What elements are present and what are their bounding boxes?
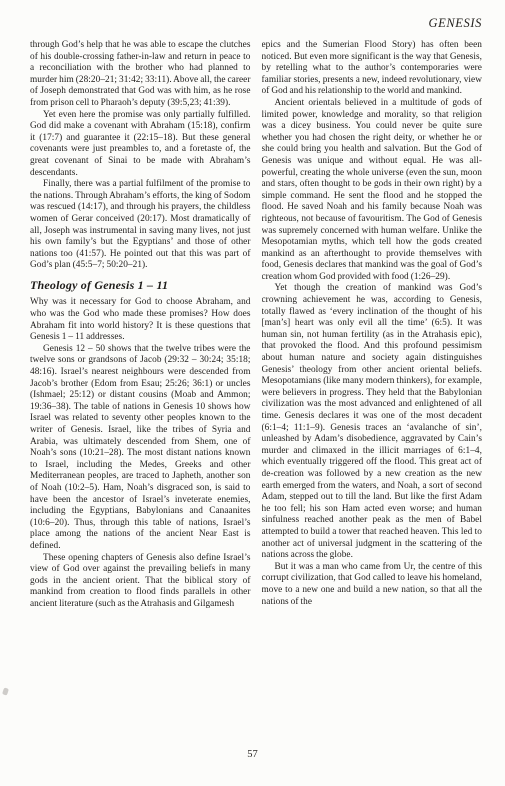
book-page: GENESIS through God’s help that he was a… xyxy=(0,0,505,786)
running-head: GENESIS xyxy=(30,16,482,31)
left-column: through God’s help that he was able to e… xyxy=(30,40,251,748)
body-paragraph: These opening chapters of Genesis also d… xyxy=(30,553,251,611)
body-paragraph: Genesis 12 – 50 shows that the twelve tr… xyxy=(30,344,251,553)
body-paragraph: Yet though the creation of mankind was G… xyxy=(262,283,483,561)
body-paragraph: Finally, there was a partial fulfilment … xyxy=(30,179,251,272)
scan-artifact xyxy=(2,687,9,695)
body-paragraph: Yet even here the promise was only parti… xyxy=(30,110,251,180)
body-paragraph: But it was a man who came from Ur, the c… xyxy=(262,562,483,608)
body-paragraph: Ancient orientals believed in a multitud… xyxy=(262,98,483,284)
body-paragraph: Why was it necessary for God to choose A… xyxy=(30,297,251,343)
page-number: 57 xyxy=(0,749,505,760)
body-paragraph: through God’s help that he was able to e… xyxy=(30,40,251,110)
section-heading: Theology of Genesis 1 – 11 xyxy=(30,280,251,292)
text-columns: through God’s help that he was able to e… xyxy=(30,40,482,748)
right-column: epics and the Sumerian Flood Story) has … xyxy=(262,40,483,748)
body-paragraph: epics and the Sumerian Flood Story) has … xyxy=(262,40,483,98)
